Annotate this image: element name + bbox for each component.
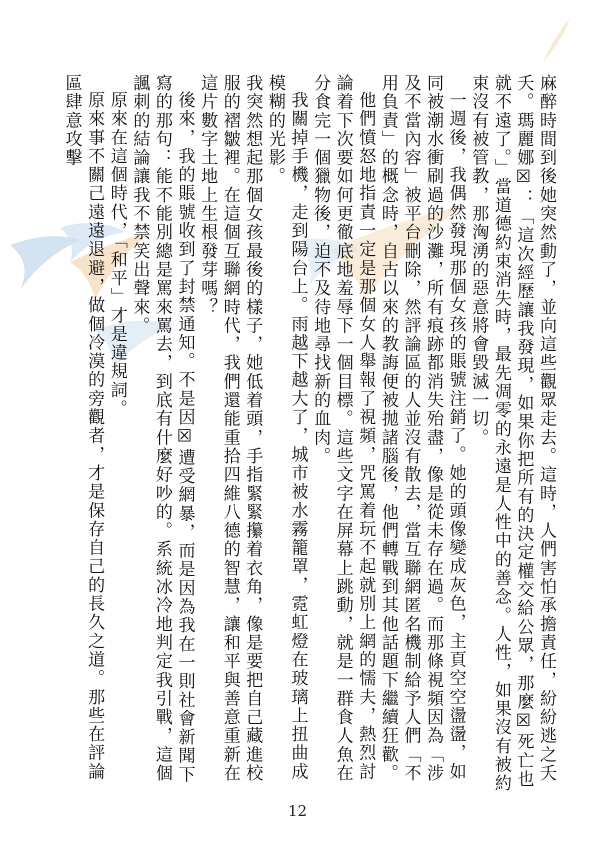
page-number: 12 bbox=[0, 802, 595, 820]
paragraph: 一週後，我偶然發現那個女孩的賬號注銷了。她的頭像變成灰色，主頁空空盪盪，如同被潮… bbox=[376, 74, 466, 794]
paragraph: 他們憤怒地指責一定是那個女人舉報了視頻，咒罵着玩不起就別上網的懦夫，熱烈討論着下… bbox=[308, 74, 376, 794]
vertical-text-body: 麻醉時間到後她突然動了，並向這些觀眾走去。這時，人們害怕承擔責任，紛紛逃之夭夭。… bbox=[32, 74, 557, 794]
paragraph: 麻醉時間到後她突然動了，並向這些觀眾走去。這時，人們害怕承擔責任，紛紛逃之夭夭。… bbox=[467, 74, 557, 794]
paragraph: 我關掉手機，走到陽台上。雨越下越大了，城市被水霧籠罩，霓虹燈在玻璃上扭曲成模糊的… bbox=[263, 74, 308, 794]
paragraph: 原來事不關己遠遠退避，做個冷漠的旁觀者，才是保存自己的長久之道。那些在評論區肆意… bbox=[60, 74, 105, 794]
feather-icon bbox=[543, 18, 570, 62]
paragraph: 原來在這個時代，「和平」才是違規詞。 bbox=[105, 74, 128, 794]
paragraph: 我突然想起那個女孩最後的樣子，她低着頭，手指緊緊攥着衣角，像是要把自己藏進校服的… bbox=[196, 74, 264, 794]
paragraph: 後來，我的賬號收到了封禁通知。不是因☒遭受網暴，而是因為我在一則社會新聞下寫的那… bbox=[128, 74, 196, 794]
